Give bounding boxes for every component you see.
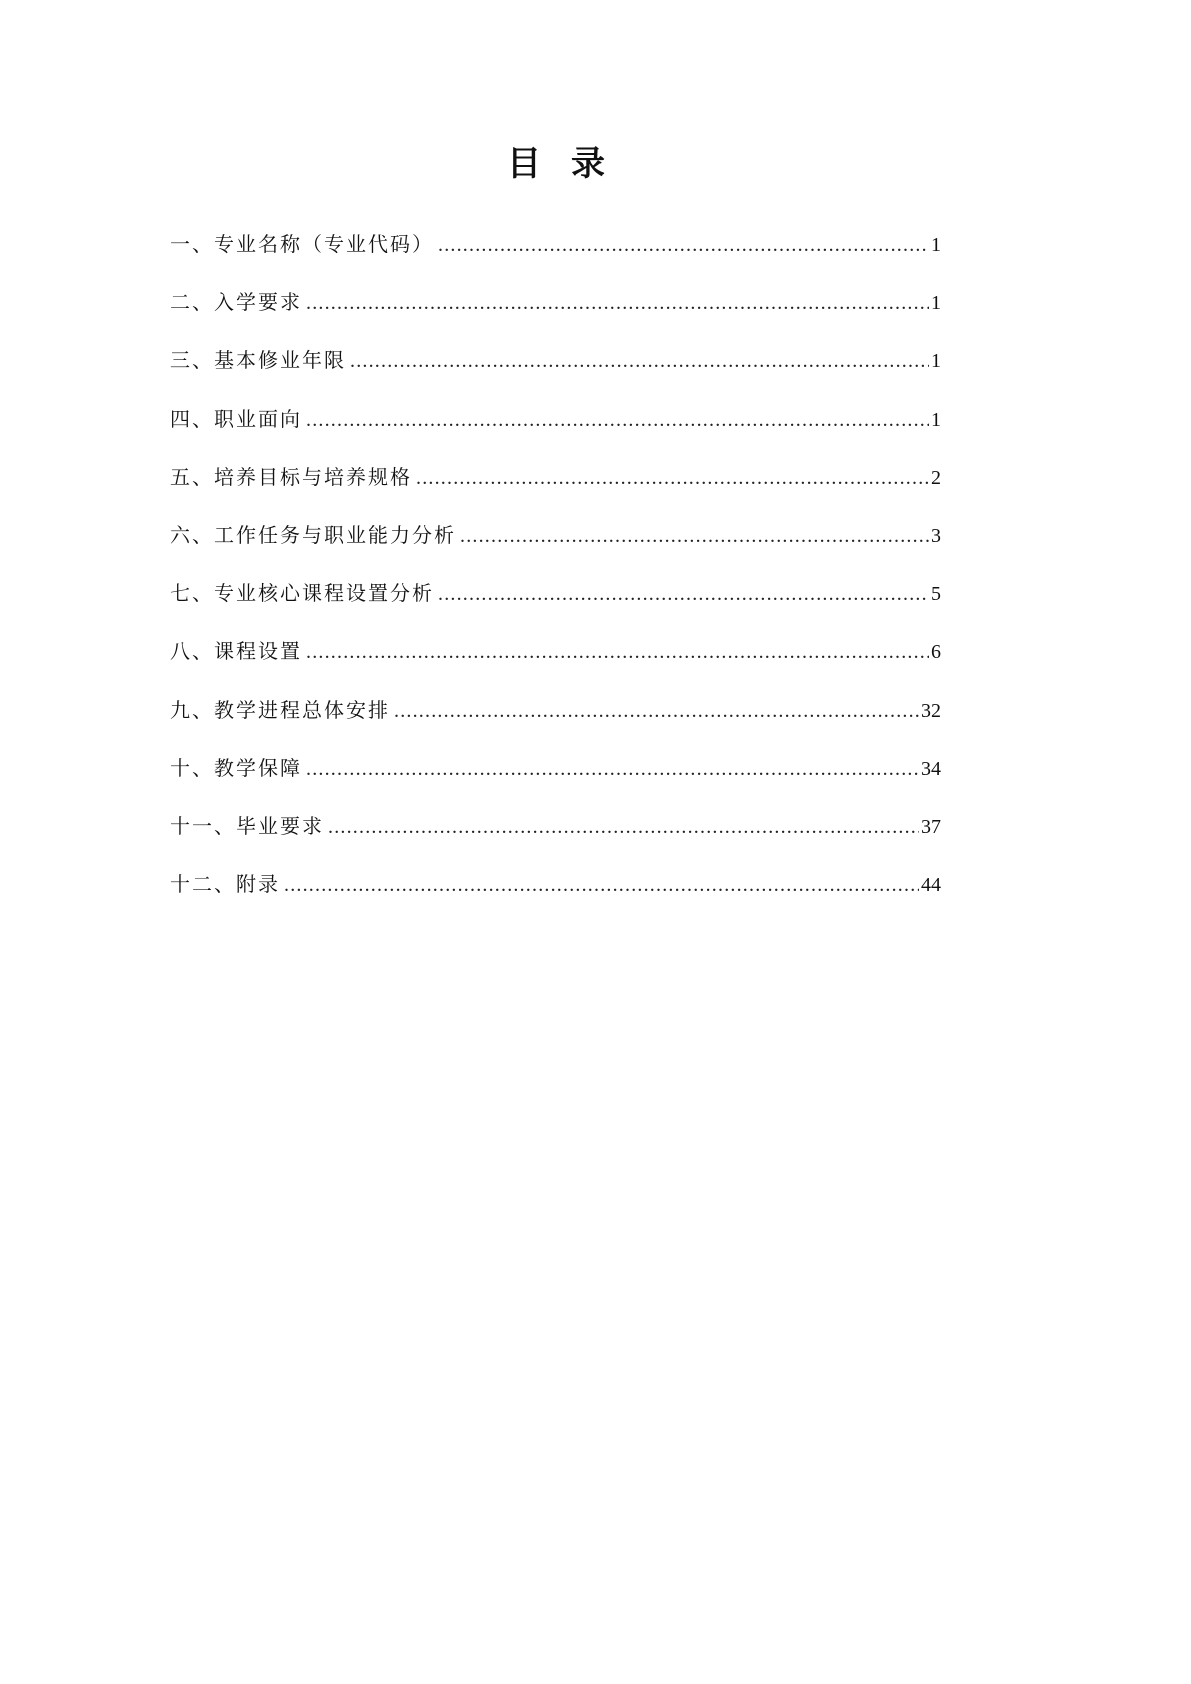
toc-entry-page: 2 [931,462,941,494]
toc-entry-page: 44 [921,869,941,901]
toc-entry[interactable]: 十、教学保障 34 [170,752,941,810]
toc-entry-label: 二、入学要求 [170,286,302,318]
toc-entry[interactable]: 六、工作任务与职业能力分析 3 [170,519,941,577]
toc-entry-label: 八、课程设置 [170,635,302,667]
toc-entry-label: 十二、附录 [170,868,280,900]
toc-entry[interactable]: 十一、毕业要求 37 [170,810,941,868]
toc-entry[interactable]: 九、教学进程总体安排 32 [170,694,941,752]
toc-entry-label: 三、基本修业年限 [170,344,346,376]
toc-entry[interactable]: 三、基本修业年限 1 [170,344,941,402]
toc-entry-page: 6 [931,636,941,668]
toc-dot-leader [438,578,929,610]
toc-dot-leader [394,695,919,727]
toc-dot-leader [306,753,919,785]
toc-dot-leader [350,345,929,377]
toc-entry-page: 1 [931,345,941,377]
toc-dot-leader [306,636,929,668]
toc-entry-label: 一、专业名称（专业代码） [170,228,434,260]
toc-entry-page: 5 [931,578,941,610]
toc-entry-label: 十一、毕业要求 [170,810,324,842]
toc-dot-leader [306,404,929,436]
toc-entry[interactable]: 七、专业核心课程设置分析 5 [170,577,941,635]
toc-entry[interactable]: 一、专业名称（专业代码） 1 [170,228,941,286]
toc-dot-leader [438,229,929,261]
toc-entry[interactable]: 十二、附录 44 [170,868,941,926]
toc-dot-leader [416,462,929,494]
toc-dot-leader [460,520,929,552]
toc-entry-label: 九、教学进程总体安排 [170,694,390,726]
toc-entry[interactable]: 二、入学要求 1 [170,286,941,344]
toc-entry-label: 七、专业核心课程设置分析 [170,577,434,609]
toc-entry-page: 1 [931,287,941,319]
toc-dot-leader [328,811,919,843]
toc-entry-page: 1 [931,404,941,436]
toc-entry-label: 六、工作任务与职业能力分析 [170,519,456,551]
toc-entry[interactable]: 五、培养目标与培养规格 2 [170,461,941,519]
toc-entry-page: 32 [921,695,941,727]
toc-entry-page: 3 [931,520,941,552]
toc-entry-page: 37 [921,811,941,843]
toc-dot-leader [306,287,929,319]
toc-entry-page: 1 [931,229,941,261]
toc-entry[interactable]: 四、职业面向 1 [170,403,941,461]
toc-dot-leader [284,869,919,901]
page-title: 目录 [0,138,1112,190]
toc-entry-page: 34 [921,753,941,785]
table-of-contents: 一、专业名称（专业代码） 1 二、入学要求 1 三、基本修业年限 1 四、职业面… [170,228,941,926]
toc-entry-label: 五、培养目标与培养规格 [170,461,412,493]
toc-entry-label: 四、职业面向 [170,403,302,435]
toc-entry[interactable]: 八、课程设置 6 [170,635,941,693]
toc-entry-label: 十、教学保障 [170,752,302,784]
